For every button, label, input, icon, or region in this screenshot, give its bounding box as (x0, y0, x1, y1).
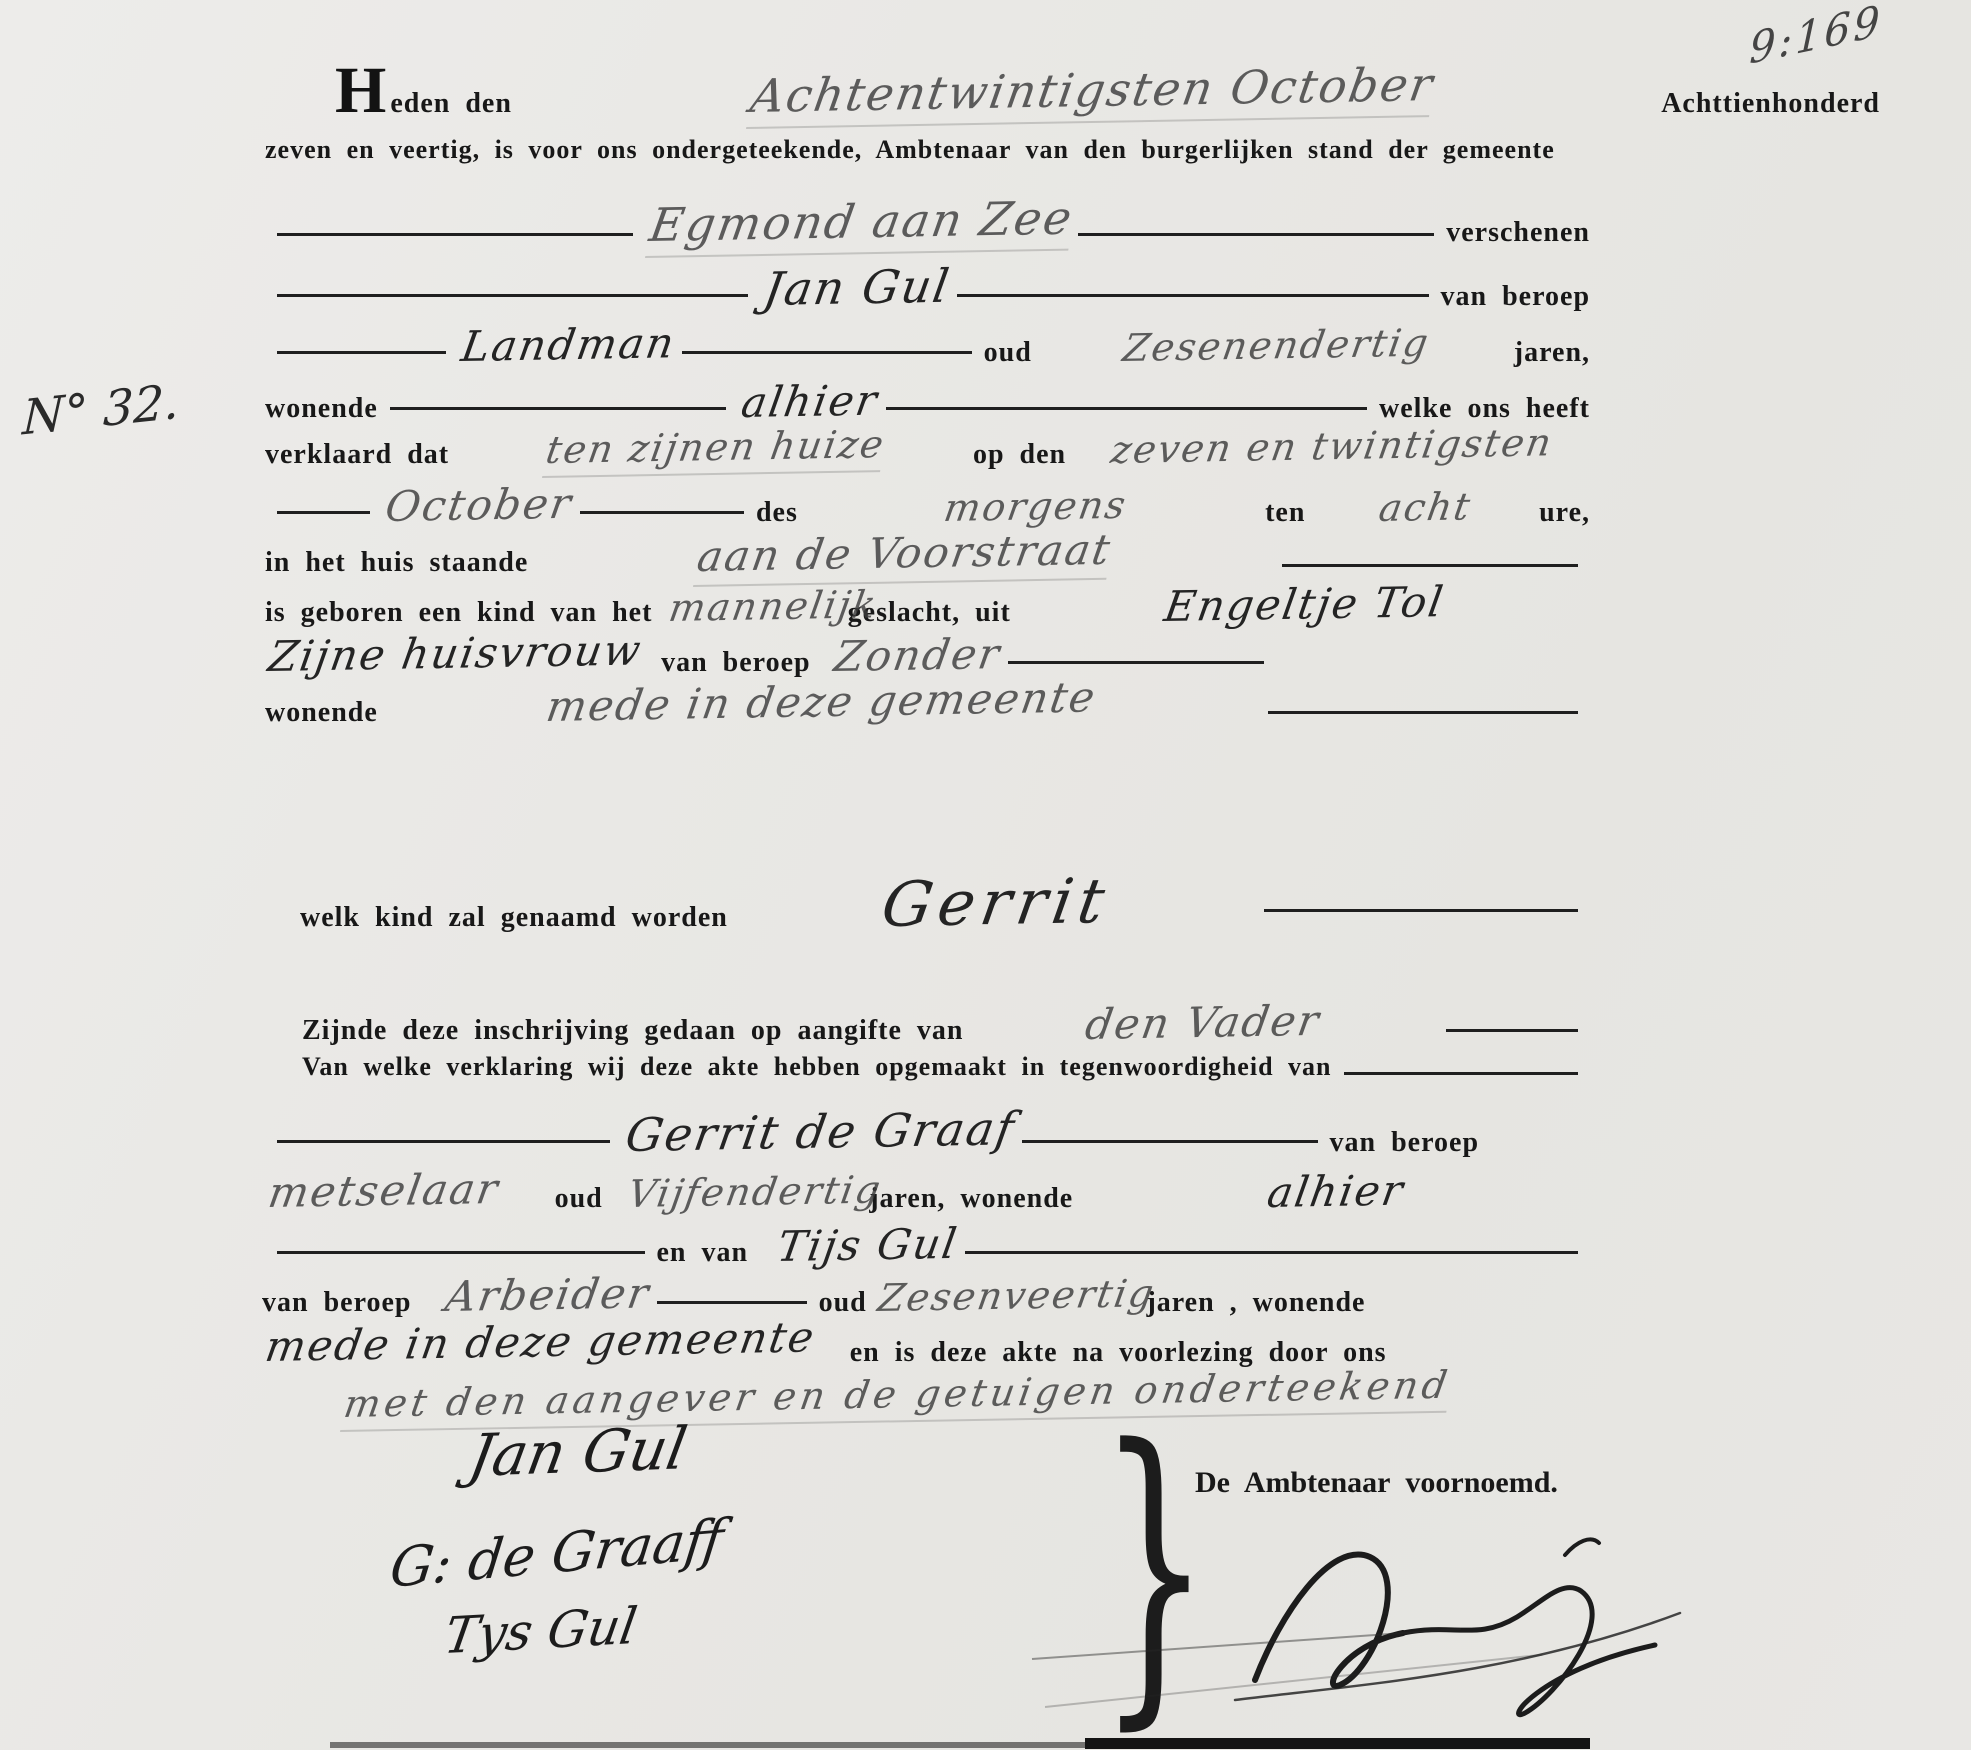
printed-ure: ure, (1539, 497, 1590, 529)
printed-verklaard-dat: verklaard dat (265, 439, 449, 471)
printed-van-beroep-w1: van beroep (1330, 1127, 1480, 1159)
line-declarant: Jan Gul van beroep (265, 262, 1590, 316)
printed-welke-ons-heeft: welke ons heeft (1379, 393, 1590, 425)
blank-rule (886, 407, 1367, 410)
printed-year-officiant: zeven en veertig, is voor ons ondergetee… (265, 135, 1555, 165)
line-year-officiant: zeven en veertig, is voor ons ondergetee… (265, 135, 1590, 165)
printed-wonende-mother: wonende (265, 697, 378, 729)
blank-rule (657, 1301, 807, 1304)
blank-rule (1078, 233, 1434, 236)
handwritten-address: aan de Voorstraat (693, 525, 1115, 587)
line-witness1: Gerrit de Graaf van beroep (265, 1108, 1590, 1162)
printed-oud-w2: oud (819, 1287, 867, 1319)
handwritten-witness2-occupation: Arbeider (442, 1268, 654, 1321)
printed-oud: oud (984, 337, 1032, 369)
handwritten-birth-month: October (382, 479, 576, 531)
handwritten-age: Zesenendertig (1120, 321, 1433, 370)
handwritten-witness1-name: Gerrit de Graaf (622, 1101, 1019, 1162)
printed-ten: ten (1265, 497, 1305, 529)
line-declarant-occupation-age: Landman oud Zesenendertig jaren, (265, 322, 1590, 371)
handwritten-witness2-residence: mede in deze gemeente (262, 1312, 819, 1371)
line-witness1-details: metselaar oud Vijfendertig jaren, wonend… (265, 1168, 1590, 1217)
blank-rule (277, 233, 633, 236)
handwritten-witness1-age: Vijfendertig (625, 1168, 885, 1216)
line-witness-intro: Van welke verklaring wij deze akte hebbe… (302, 1052, 1590, 1082)
printed-akte-voorlezing: en is deze akte na voorlezing door ons (850, 1337, 1387, 1369)
line-municipality: Egmond aan Zee verschenen (265, 198, 1590, 258)
printed-zijnde-inschrijving: Zijnde deze inschrijving gedaan op aangi… (302, 1015, 963, 1047)
printed-verschenen: verschenen (1446, 217, 1590, 249)
printed-oud-w1: oud (555, 1183, 603, 1215)
blank-rule (965, 1251, 1578, 1254)
blank-rule (277, 351, 446, 354)
blank-rule (390, 407, 727, 410)
printed-des: des (756, 497, 798, 529)
blank-rule (1022, 1140, 1318, 1143)
printed-van-beroep-mother: van beroep (661, 647, 811, 679)
handwritten-date: Achtentwintigsten October (746, 57, 1438, 129)
handwritten-birth-day: zeven en twintigsten (1108, 420, 1556, 472)
handwritten-occupation: Landman (458, 318, 679, 371)
line-child-name: welk kind zal genaamd worden Gerrit (300, 868, 1590, 941)
printed-van-beroep-w2: van beroep (262, 1287, 412, 1319)
handwritten-daypart: morgens (941, 483, 1130, 530)
blank-rule (1282, 564, 1578, 567)
blank-rule (277, 511, 370, 514)
blank-rule (1008, 661, 1265, 664)
blank-rule (277, 1140, 610, 1143)
printed-jaren: jaren, (1514, 337, 1590, 369)
line-declaration-place-day: verklaard dat ten zijnen huize op den ze… (265, 428, 1590, 478)
handwritten-mother-name: Engeltje Tol (1161, 577, 1448, 631)
handwritten-child-name: Gerrit (877, 864, 1116, 941)
act-number-margin-note: N° 32. (21, 374, 180, 447)
scan-edge-artifact (1085, 1738, 1590, 1749)
handwritten-witness2-name: Tijs Gul (774, 1219, 962, 1271)
blank-rule (1264, 909, 1578, 912)
blank-rule (1268, 711, 1578, 714)
signature-declarant: Jan Gul (464, 1414, 692, 1490)
handwritten-witness1-occupation: metselaar (265, 1164, 503, 1217)
archival-corner-note: 9:169 (1749, 0, 1884, 74)
printed-van-welke-verklaring: Van welke verklaring wij deze akte hebbe… (302, 1052, 1332, 1082)
line-mother-residence: wonende mede in deze gemeente (265, 682, 1590, 731)
line-birth-month-time: October des morgens ten acht ure, (265, 482, 1590, 531)
scan-edge-artifact (330, 1742, 1085, 1748)
printed-jaren-wonende-w1: jaren, wonende (869, 1183, 1073, 1215)
blank-rule (277, 1251, 645, 1254)
blank-rule (682, 351, 971, 354)
blank-rule (1446, 1029, 1578, 1032)
handwritten-informant: den Vader (1082, 996, 1324, 1049)
dropcap-H: H (335, 66, 386, 116)
blank-rule (580, 511, 744, 514)
handwritten-witness2-age: Zesenveertig (875, 1271, 1159, 1320)
printed-wonende: wonende (265, 393, 378, 425)
printed-en-van: en van (657, 1237, 749, 1269)
scanned-birth-certificate: 9:169 N° 32. H eden den Achtentwintigste… (0, 0, 1971, 1750)
handwritten-gender: mannelijk (666, 582, 881, 630)
printed-van-beroep: van beroep (1441, 281, 1591, 313)
handwritten-hour: acht (1376, 484, 1475, 530)
handwritten-declarant-name: Jan Gul (760, 259, 954, 316)
printed-achttienhonderd: Achttienhonderd (1661, 88, 1880, 120)
handwritten-witness1-residence: alhier (1264, 1166, 1408, 1217)
line-declarant-residence: wonende alhier welke ons heeft (265, 378, 1590, 427)
blank-rule (1344, 1072, 1579, 1075)
closing-brace: } (1098, 1408, 1211, 1730)
printed-is-geboren: is geboren een kind van het (265, 597, 652, 629)
handwritten-mother-residence: mede in deze gemeente (543, 672, 1100, 731)
signature-witness1: G: de Graaff (387, 1507, 727, 1600)
printed-jaren-wonende-w2: jaren , wonende (1146, 1287, 1365, 1319)
line-witness2-details: van beroep Arbeider oud Zesenveertig jar… (262, 1272, 1590, 1321)
line-gender-mother: is geboren een kind van het mannelijk ge… (265, 582, 1590, 631)
handwritten-residence: alhier (738, 376, 882, 427)
handwritten-relation: Zijne huisvrouw (265, 626, 646, 681)
line-witness2: en van Tijs Gul (265, 1222, 1590, 1271)
handwritten-mother-occupation: Zonder (831, 629, 1005, 681)
line-mother-occupation: Zijne huisvrouw van beroep Zonder (265, 632, 1590, 681)
handwritten-municipality: Egmond aan Zee (645, 191, 1077, 258)
line-informant: Zijnde deze inschrijving gedaan op aangi… (302, 1000, 1590, 1049)
printed-heden-den: eden den (390, 88, 512, 120)
blank-rule (957, 294, 1428, 297)
printed-welk-kind: welk kind zal genaamd worden (300, 902, 728, 934)
printed-op-den: op den (973, 439, 1066, 471)
handwritten-birth-place: ten zijnen huize (542, 422, 888, 478)
line-date-header: H eden den Achtentwintigsten October Ach… (335, 66, 1880, 129)
printed-in-het-huis: in het huis staande (265, 547, 528, 579)
blank-rule (277, 294, 748, 297)
official-signature-flourish (1225, 1495, 1695, 1725)
signature-witness2: Tys Gul (440, 1597, 640, 1666)
